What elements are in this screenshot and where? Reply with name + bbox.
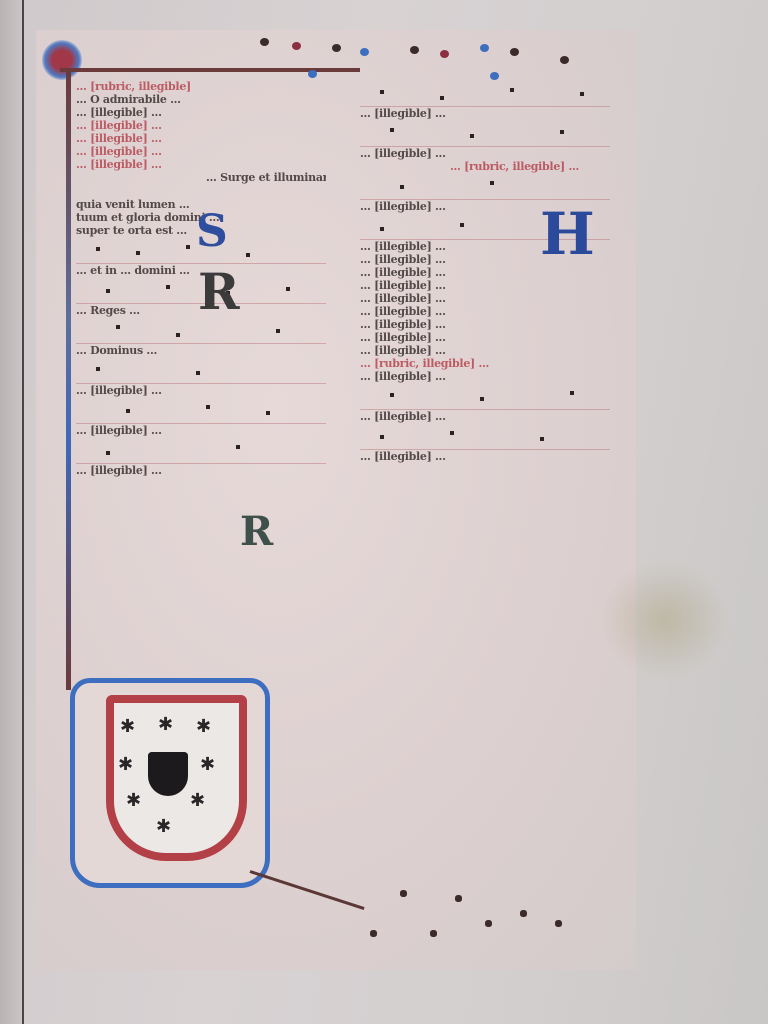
top-music-notes xyxy=(260,36,600,76)
text-line: ... [illegible] ... xyxy=(360,107,610,120)
water-stain xyxy=(600,560,730,680)
music-staff xyxy=(360,80,610,107)
mullet-icon: ✱ xyxy=(126,792,141,810)
text-line: ... [illegible] ... xyxy=(360,370,610,383)
left-border-bar xyxy=(66,70,71,690)
text-line: ... [illegible] ... xyxy=(360,344,610,357)
bottom-music-notes xyxy=(360,880,600,950)
music-staff xyxy=(360,173,610,200)
music-staff xyxy=(360,120,610,147)
corner-flourish-icon xyxy=(42,40,82,80)
inescutcheon xyxy=(148,752,188,796)
screen-bezel xyxy=(0,0,24,1024)
mullet-icon: ✱ xyxy=(158,716,173,734)
mullet-icon: ✱ xyxy=(196,718,211,736)
mullet-icon: ✱ xyxy=(118,756,133,774)
text-line: ... [illegible] ... xyxy=(360,410,610,423)
text-line: ... [illegible] ... xyxy=(76,158,326,171)
text-line: ... [illegible] ... xyxy=(360,331,610,344)
text-line: ... Surge et illuminare ... xyxy=(76,171,326,184)
text-line: ... [illegible] ... xyxy=(360,292,610,305)
text-line: ... [illegible] ... xyxy=(360,279,610,292)
text-line: ... [illegible] ... xyxy=(76,384,326,397)
initial-r-green: R xyxy=(240,508,273,555)
right-text-column: ... [illegible] ... ... [illegible] ... … xyxy=(360,80,610,463)
mullet-icon: ✱ xyxy=(200,756,215,774)
initial-h-blue: H xyxy=(540,200,595,268)
text-line: ... [rubric, illegible] ... xyxy=(360,160,610,173)
music-staff xyxy=(360,423,610,450)
mullet-icon: ✱ xyxy=(156,818,171,836)
music-staff xyxy=(76,437,326,464)
text-line: ... [illegible] ... xyxy=(360,305,610,318)
music-staff xyxy=(76,397,326,424)
text-line: ... [illegible] ... xyxy=(76,132,326,145)
mullet-icon: ✱ xyxy=(190,792,205,810)
mullet-icon: ✱ xyxy=(120,718,135,736)
text-line: ... [illegible] ... xyxy=(76,119,326,132)
text-line: ... [illegible] ... xyxy=(76,424,326,437)
text-line: ... Dominus ... xyxy=(76,344,326,357)
text-line: ... [illegible] ... xyxy=(360,147,610,160)
initial-r: R xyxy=(198,262,240,321)
text-line: ... [illegible] ... xyxy=(76,145,326,158)
text-line: ... [illegible] ... xyxy=(76,464,326,477)
text-line: ... [rubric, illegible] xyxy=(76,80,326,93)
text-line: ... [illegible] ... xyxy=(76,106,326,119)
music-staff xyxy=(76,317,326,344)
text-line: ... O admirabile ... xyxy=(76,93,326,106)
music-staff xyxy=(360,383,610,410)
text-line: ... [illegible] ... xyxy=(360,450,610,463)
text-line: ... [illegible] ... xyxy=(360,318,610,331)
music-staff xyxy=(76,357,326,384)
text-line: ... [rubric, illegible] ... xyxy=(360,357,610,370)
initial-s-blue: S xyxy=(196,206,228,257)
